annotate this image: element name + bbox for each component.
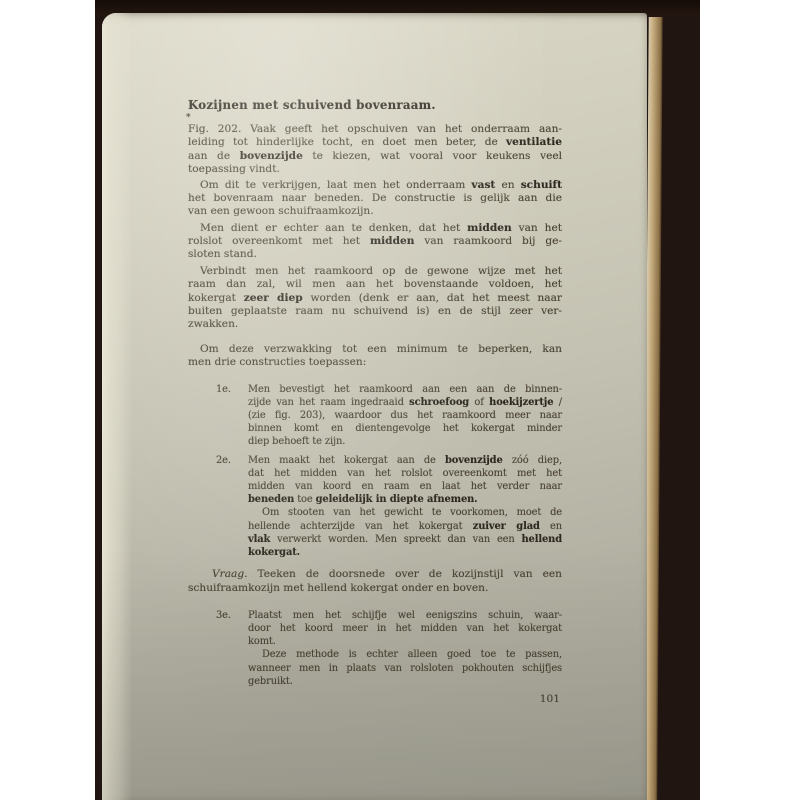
paragraph: Fig. 202. Vaak geeft het opschuiven van …: [188, 123, 562, 176]
item-number: 3e.: [216, 609, 231, 622]
text-line: leiding tot hinderlijke tocht, en doet m…: [188, 136, 562, 149]
text-line: Plaatst men het schijfje wel eenigszins …: [248, 609, 562, 622]
book-page: * Kozijnen met schuivend bovenraam. Fig.…: [102, 13, 647, 800]
text-line: kokergat.: [248, 546, 562, 559]
text-line: kokergat zeer diep worden (denk er aan, …: [188, 292, 562, 305]
text-line: Vraag. Teeken de doorsnede over de kozij…: [188, 568, 562, 581]
item-number: 1e.: [216, 383, 231, 396]
ink-mark: *: [186, 112, 191, 125]
numbered-item: 2e.Men maakt het kokergat aan de bovenzi…: [188, 454, 562, 560]
text-line: sloten stand.: [188, 248, 562, 261]
page-heading: Kozijnen met schuivend bovenraam.: [188, 99, 562, 112]
text-line: Men dient er echter aan te denken, dat h…: [188, 222, 562, 235]
text-line: Deze methode is echter alleen goed toe t…: [248, 648, 562, 661]
text-line: zwakken.: [188, 318, 562, 331]
text-line: gebruikt.: [248, 675, 562, 688]
text-line: Verbindt men het raamkoord op de gewone …: [188, 265, 562, 278]
photo-frame: * Kozijnen met schuivend bovenraam. Fig.…: [0, 0, 800, 800]
text-line: door het koord meer in het midden van he…: [248, 622, 562, 635]
text-line: van een gewoon schuifraamkozijn.: [188, 205, 562, 218]
text-line: het bovenraam naar beneden. De construct…: [188, 192, 562, 205]
paragraph: Om deze verzwakking tot een minimum te b…: [188, 343, 562, 369]
text-line: raam dan zal, wil men aan het bovenstaan…: [188, 278, 562, 291]
text-line: zijde van het raam ingedraaid schroefoog…: [248, 396, 562, 409]
text-line: Men bevestigt het raamkoord aan een aan …: [248, 383, 562, 396]
paragraph: Vraag. Teeken de doorsnede over de kozij…: [188, 568, 562, 594]
text-line: vlak verwerkt worden. Men spreekt dan va…: [248, 533, 562, 546]
text-line: toepassing vindt.: [188, 163, 562, 176]
paragraph: Om dit te verkrijgen, laat men het onder…: [188, 179, 562, 219]
text-line: beneden toe geleidelijk in diepte afneme…: [248, 493, 562, 506]
text-line: midden van koord en raam en laat het ver…: [248, 480, 562, 493]
text-line: binnen komt en dientengevolge het kokerg…: [248, 422, 562, 435]
text-line: aan de bovenzijde te kiezen, wat vooral …: [188, 150, 562, 163]
book-photo: * Kozijnen met schuivend bovenraam. Fig.…: [95, 0, 700, 800]
text-line: dat het midden van het rolslot overeenko…: [248, 467, 562, 480]
text-line: Om dit te verkrijgen, laat men het onder…: [188, 179, 562, 192]
text-line: wanneer men in plaats van rolsloten pokh…: [248, 662, 562, 675]
paragraph: Men dient er echter aan te denken, dat h…: [188, 222, 562, 262]
text-line: komt.: [248, 635, 562, 648]
text-line: buiten geplaatste raam nu schuivend is) …: [188, 305, 562, 318]
text-line: Men maakt het kokergat aan de bovenzijde…: [248, 454, 562, 467]
text-line: Om stooten van het gewicht te voorkomen,…: [248, 506, 562, 519]
numbered-item: 1e.Men bevestigt het raamkoord aan een a…: [188, 383, 562, 449]
text-line: diep behoeft te zijn.: [248, 435, 562, 448]
text-column: * Kozijnen met schuivend bovenraam. Fig.…: [188, 99, 562, 706]
text-line: men drie constructies toepassen:: [188, 356, 562, 369]
text-line: hellende achterzijde van het kokergat zu…: [248, 520, 562, 533]
text-line: rolslot overeenkomt met het midden van r…: [188, 235, 562, 248]
paragraph: Verbindt men het raamkoord op de gewone …: [188, 265, 562, 331]
text-line: (zie fig. 203), waardoor dus het raamkoo…: [248, 409, 562, 422]
text-line: Fig. 202. Vaak geeft het opschuiven van …: [188, 123, 562, 136]
item-number: 2e.: [216, 454, 231, 467]
text-line: schuifraamkozijn met hellend kokergat on…: [188, 582, 562, 595]
page-number: 101: [188, 693, 562, 706]
numbered-item: 3e.Plaatst men het schijfje wel eenigszi…: [188, 609, 562, 688]
text-line: Om deze verzwakking tot een minimum te b…: [188, 343, 562, 356]
